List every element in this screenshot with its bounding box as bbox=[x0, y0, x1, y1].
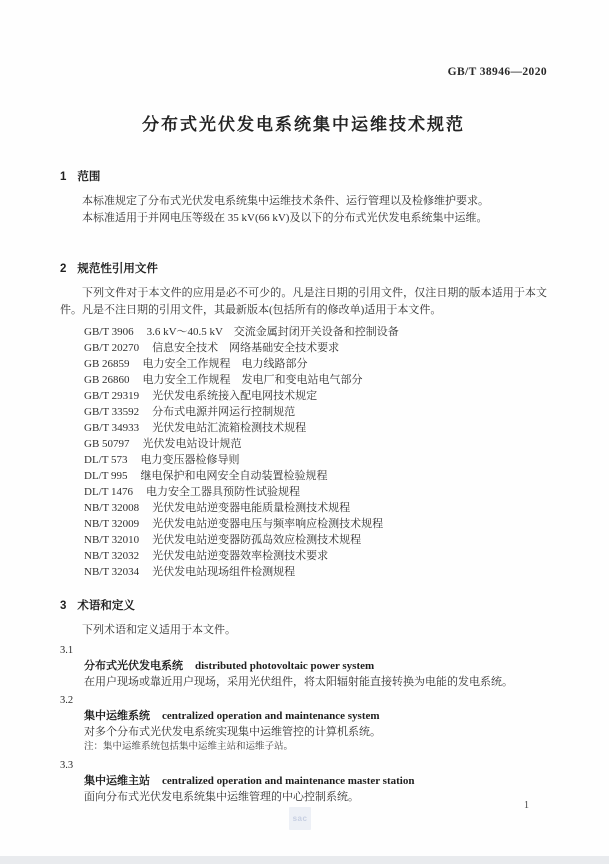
document-code: GB/T 38946—2020 bbox=[60, 66, 547, 78]
section-title: 范围 bbox=[77, 171, 100, 183]
reference-title: 光伏发电站逆变器防孤岛效应检测技术规程 bbox=[152, 534, 361, 546]
reference-title: 信息安全技术 网络基础安全技术要求 bbox=[152, 342, 339, 354]
reference-item: GB/T 34933光伏发电站汇流箱检测技术规程 bbox=[84, 420, 547, 436]
standard-document-page: GB/T 38946—2020 分布式光伏发电系统集中运维技术规范 1范围 本标… bbox=[0, 0, 609, 864]
reference-title: 光伏发电站现场组件检测规程 bbox=[152, 566, 295, 578]
reference-title: 光伏发电站汇流箱检测技术规程 bbox=[152, 422, 306, 434]
section-number: 2 bbox=[60, 263, 66, 275]
reference-item: GB 50797光伏发电站设计规范 bbox=[84, 436, 547, 452]
reference-title: 光伏发电站逆变器电能质量检测技术规程 bbox=[152, 502, 350, 514]
term-heading: 集中运维系统centralized operation and maintena… bbox=[60, 709, 547, 724]
reference-code: NB/T 32032 bbox=[84, 548, 139, 564]
section-title: 规范性引用文件 bbox=[77, 263, 158, 275]
reference-title: 电力安全工器具预防性试验规程 bbox=[146, 486, 300, 498]
term-definition: 面向分布式光伏发电系统集中运维管理的中心控制系统。 bbox=[60, 789, 547, 805]
term-block: 3.1分布式光伏发电系统distributed photovoltaic pow… bbox=[60, 643, 547, 690]
term-note: 注：集中运维系统包括集中运维主站和运维子站。 bbox=[60, 740, 547, 755]
reference-code: GB/T 3906 bbox=[84, 324, 134, 340]
section-heading-scope: 1范围 bbox=[60, 168, 547, 184]
reference-title: 光伏发电站逆变器电压与频率响应检测技术规程 bbox=[152, 518, 383, 530]
reference-title: 光伏发电站逆变器效率检测技术要求 bbox=[152, 550, 328, 562]
reference-item: NB/T 32034光伏发电站现场组件检测规程 bbox=[84, 564, 547, 580]
reference-item: GB 26859电力安全工作规程 电力线路部分 bbox=[84, 356, 547, 372]
reference-title: 光伏发电站设计规范 bbox=[143, 438, 242, 450]
section-number: 1 bbox=[60, 171, 66, 183]
reference-item: NB/T 32010光伏发电站逆变器防孤岛效应检测技术规程 bbox=[84, 532, 547, 548]
reference-item: NB/T 32009光伏发电站逆变器电压与频率响应检测技术规程 bbox=[84, 516, 547, 532]
document-title: 分布式光伏发电系统集中运维技术规范 bbox=[60, 110, 547, 135]
reference-code: GB/T 33592 bbox=[84, 404, 139, 420]
term-heading: 集中运维主站centralized operation and maintena… bbox=[60, 774, 547, 789]
reference-item: GB/T 39063.6 kV～40.5 kV 交流金属封闭开关设备和控制设备 bbox=[84, 324, 547, 340]
term-block: 3.2集中运维系统centralized operation and maint… bbox=[60, 693, 547, 755]
reference-item: GB/T 29319光伏发电系统接入配电网技术规定 bbox=[84, 388, 547, 404]
reference-code: GB 26860 bbox=[84, 372, 130, 388]
term-number: 3.2 bbox=[60, 693, 547, 709]
page-number: 1 bbox=[524, 800, 529, 811]
reference-title: 电力安全工作规程 发电厂和变电站电气部分 bbox=[143, 374, 363, 386]
term-heading: 分布式光伏发电系统distributed photovoltaic power … bbox=[60, 659, 547, 674]
reference-title: 电力变压器检修导则 bbox=[141, 454, 240, 466]
reference-code: GB/T 34933 bbox=[84, 420, 139, 436]
reference-item: GB/T 33592分布式电源并网运行控制规范 bbox=[84, 404, 547, 420]
page-edge-shadow bbox=[0, 856, 609, 864]
reference-code: NB/T 32010 bbox=[84, 532, 139, 548]
reference-title: 继电保护和电网安全自动装置检验规程 bbox=[141, 470, 328, 482]
scope-paragraph: 本标准规定了分布式光伏发电系统集中运维技术条件、运行管理以及检修维护要求。 bbox=[60, 193, 547, 210]
page-content: GB/T 38946—2020 分布式光伏发电系统集中运维技术规范 1范围 本标… bbox=[0, 0, 609, 805]
term-definition: 对多个分布式光伏发电系统实现集中运维管控的计算机系统。 bbox=[60, 724, 547, 740]
reference-item: DL/T 573电力变压器检修导则 bbox=[84, 452, 547, 468]
reference-item: NB/T 32032光伏发电站逆变器效率检测技术要求 bbox=[84, 548, 547, 564]
reference-item: GB/T 20270信息安全技术 网络基础安全技术要求 bbox=[84, 340, 547, 356]
term-english: centralized operation and maintenance sy… bbox=[162, 710, 380, 722]
term-number: 3.3 bbox=[60, 758, 547, 774]
term-definition: 在用户现场或靠近用户现场，采用光伏组件，将太阳辐射能直接转换为电能的发电系统。 bbox=[60, 674, 547, 690]
reference-title: 分布式电源并网运行控制规范 bbox=[152, 406, 295, 418]
reference-item: NB/T 32008光伏发电站逆变器电能质量检测技术规程 bbox=[84, 500, 547, 516]
reference-item: DL/T 995继电保护和电网安全自动装置检验规程 bbox=[84, 468, 547, 484]
normative-references-intro: 下列文件对于本文件的应用是必不可少的。凡是注日期的引用文件，仅注日期的版本适用于… bbox=[60, 285, 547, 319]
reference-code: NB/T 32034 bbox=[84, 564, 139, 580]
term-number: 3.1 bbox=[60, 643, 547, 659]
reference-code: GB 50797 bbox=[84, 436, 130, 452]
section-heading-normative-references: 2规范性引用文件 bbox=[60, 260, 547, 276]
section-heading-terms: 3术语和定义 bbox=[60, 597, 547, 613]
term-chinese: 集中运维主站 bbox=[84, 775, 150, 787]
term-chinese: 集中运维系统 bbox=[84, 710, 150, 722]
reference-title: 电力安全工作规程 电力线路部分 bbox=[143, 358, 308, 370]
reference-code: GB 26859 bbox=[84, 356, 130, 372]
section-title: 术语和定义 bbox=[77, 600, 135, 612]
scope-paragraph: 本标准适用于并网电压等级在 35 kV(66 kV)及以下的分布式光伏发电系统集… bbox=[60, 210, 547, 227]
reference-title: 光伏发电系统接入配电网技术规定 bbox=[152, 390, 317, 402]
terms-intro: 下列术语和定义适用于本文件。 bbox=[60, 622, 547, 639]
terms-list: 3.1分布式光伏发电系统distributed photovoltaic pow… bbox=[60, 643, 547, 805]
reference-list: GB/T 39063.6 kV～40.5 kV 交流金属封闭开关设备和控制设备G… bbox=[60, 324, 547, 580]
section-number: 3 bbox=[60, 600, 66, 612]
reference-code: NB/T 32008 bbox=[84, 500, 139, 516]
reference-code: GB/T 20270 bbox=[84, 340, 139, 356]
reference-code: DL/T 1476 bbox=[84, 484, 133, 500]
reference-code: NB/T 32009 bbox=[84, 516, 139, 532]
scan-watermark-logo: sac bbox=[289, 807, 311, 830]
term-block: 3.3集中运维主站centralized operation and maint… bbox=[60, 758, 547, 805]
reference-code: DL/T 573 bbox=[84, 452, 128, 468]
reference-title: 3.6 kV～40.5 kV 交流金属封闭开关设备和控制设备 bbox=[147, 326, 399, 338]
term-english: distributed photovoltaic power system bbox=[195, 660, 374, 672]
reference-code: DL/T 995 bbox=[84, 468, 128, 484]
reference-code: GB/T 29319 bbox=[84, 388, 139, 404]
term-chinese: 分布式光伏发电系统 bbox=[84, 660, 183, 672]
reference-item: DL/T 1476电力安全工器具预防性试验规程 bbox=[84, 484, 547, 500]
reference-item: GB 26860电力安全工作规程 发电厂和变电站电气部分 bbox=[84, 372, 547, 388]
term-english: centralized operation and maintenance ma… bbox=[162, 775, 414, 787]
